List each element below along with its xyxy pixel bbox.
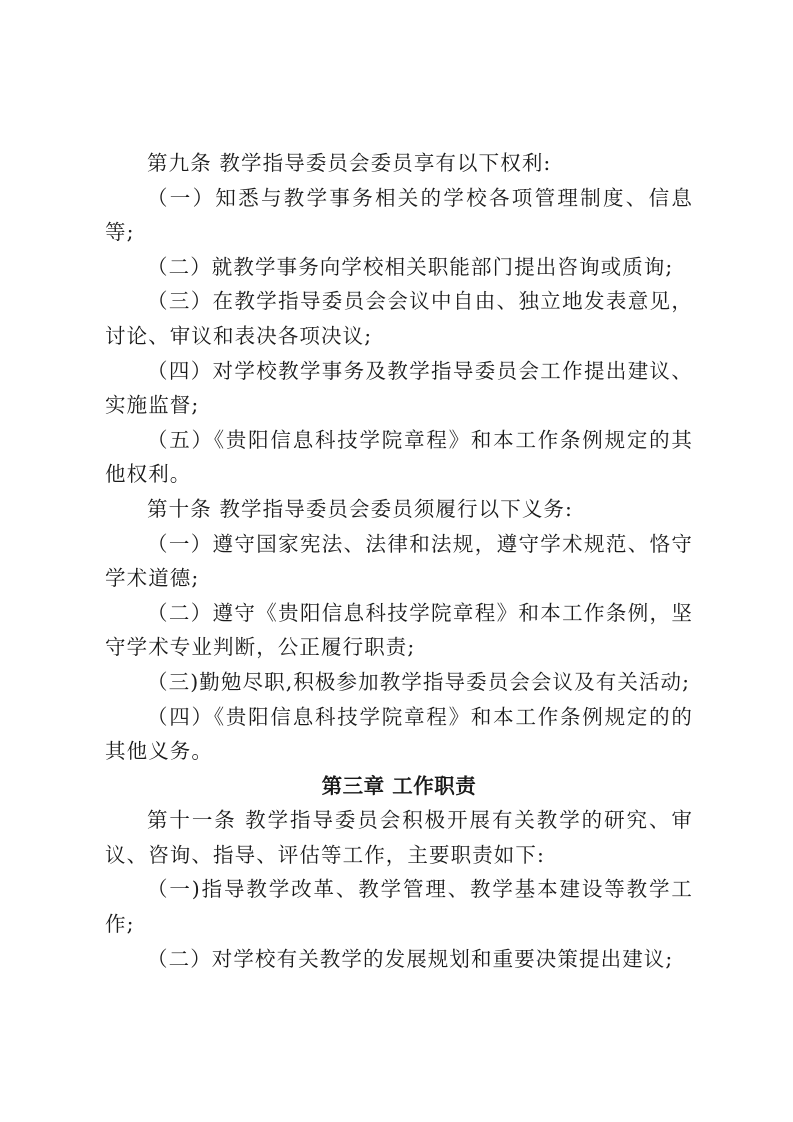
article-11-item-1: （一)指导教学改革、教学管理、教学基本建设等教学工作; <box>105 872 693 941</box>
article-9-item-2: （二）就教学事务向学校相关职能部门提出咨询或质询; <box>105 250 693 285</box>
article-10-title: 第十条 教学指导委员会委员须履行以下义务: <box>105 492 693 527</box>
article-9-title: 第九条 教学指导委员会委员享有以下权利: <box>105 146 693 181</box>
article-10-item-2: （二）遵守《贵阳信息科技学院章程》和本工作条例，坚守学术专业判断，公正履行职责; <box>105 596 693 665</box>
article-10-item-4: （四）《贵阳信息科技学院章程》和本工作条例规定的的其他义务。 <box>105 700 693 769</box>
article-11-item-2: （二）对学校有关教学的发展规划和重要决策提出建议; <box>105 942 693 977</box>
article-9-item-4: （四）对学校教学事务及教学指导委员会工作提出建议、实施监督; <box>105 354 693 423</box>
article-9-item-1: （一）知悉与教学事务相关的学校各项管理制度、信息等; <box>105 181 693 250</box>
article-11-title: 第十一条 教学指导委员会积极开展有关教学的研究、审议、咨询、指导、评估等工作，主… <box>105 803 693 872</box>
article-9-item-3: （三）在教学指导委员会会议中自由、独立地发表意见，讨论、审议和表决各项决议; <box>105 284 693 353</box>
chapter-3-heading: 第三章 工作职责 <box>105 769 693 804</box>
article-9-item-5: （五）《贵阳信息科技学院章程》和本工作条例规定的其他权利。 <box>105 423 693 492</box>
article-10-item-1: （一）遵守国家宪法、法律和法规，遵守学术规范、恪守学术道德; <box>105 527 693 596</box>
document-page: 第九条 教学指导委员会委员享有以下权利: （一）知悉与教学事务相关的学校各项管理… <box>105 146 693 976</box>
article-10-item-3: （三)勤勉尽职,积极参加教学指导委员会会议及有关活动; <box>105 665 693 700</box>
